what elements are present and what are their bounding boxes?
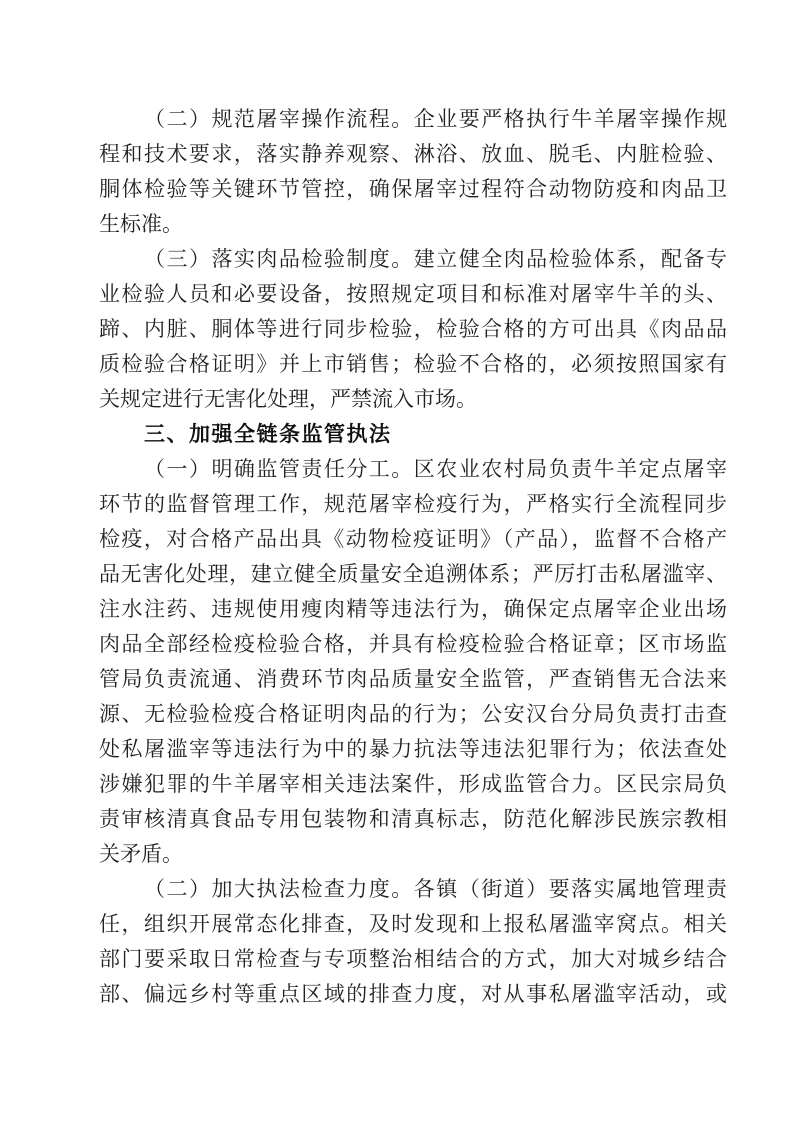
document-page: （二）规范屠宰操作流程。企业要严格执行牛羊屠宰操作规程和技术要求，落实静养观察、… [0, 0, 793, 1122]
text-line: 管局负责流通、消费环节肉品质量安全监管，严查销售无合法来 [99, 662, 727, 697]
section-heading: 三、加强全链条监管执法 [99, 417, 727, 452]
text-line: 胴体检验等关键环节管控，确保屠宰过程符合动物防疫和肉品卫 [99, 172, 727, 207]
text-line: 环节的监督管理工作，规范屠宰检疫行为，严格实行全流程同步 [99, 487, 727, 522]
text-line: 程和技术要求，落实静养观察、淋浴、放血、脱毛、内脏检验、 [99, 137, 727, 172]
text-line: 涉嫌犯罪的牛羊屠宰相关违法案件，形成监管合力。区民宗局负 [99, 767, 727, 802]
document-body: （二）规范屠宰操作流程。企业要严格执行牛羊屠宰操作规程和技术要求，落实静养观察、… [99, 102, 727, 1012]
text-line: 检疫，对合格产品出具《动物检疫证明》（产品），监督不合格产 [99, 522, 727, 557]
text-line: 关规定进行无害化处理，严禁流入市场。 [99, 382, 727, 417]
text-line: （二）加大执法检查力度。各镇（街道）要落实属地管理责 [99, 872, 727, 907]
text-line: 责审核清真食品专用包装物和清真标志，防范化解涉民族宗教相 [99, 802, 727, 837]
text-line: （一）明确监管责任分工。区农业农村局负责牛羊定点屠宰 [99, 452, 727, 487]
text-line: 关矛盾。 [99, 837, 727, 872]
text-line: 业检验人员和必要设备，按照规定项目和标准对屠宰牛羊的头、 [99, 277, 727, 312]
text-line: 品无害化处理，建立健全质量安全追溯体系；严厉打击私屠滥宰、 [99, 557, 727, 592]
text-line: 肉品全部经检疫检验合格，并具有检疫检验合格证章；区市场监 [99, 627, 727, 662]
text-line: 质检验合格证明》并上市销售；检验不合格的，必须按照国家有 [99, 347, 727, 382]
text-line: （二）规范屠宰操作流程。企业要严格执行牛羊屠宰操作规 [99, 102, 727, 137]
text-line: 源、无检验检疫合格证明肉品的行为；公安汉台分局负责打击查 [99, 697, 727, 732]
text-line: 生标准。 [99, 207, 727, 242]
text-line: 处私屠滥宰等违法行为中的暴力抗法等违法犯罪行为；依法查处 [99, 732, 727, 767]
text-line: 蹄、内脏、胴体等进行同步检验，检验合格的方可出具《肉品品 [99, 312, 727, 347]
text-line: （三）落实肉品检验制度。建立健全肉品检验体系，配备专 [99, 242, 727, 277]
text-line: 注水注药、违规使用瘦肉精等违法行为，确保定点屠宰企业出场 [99, 592, 727, 627]
text-line: 任，组织开展常态化排查，及时发现和上报私屠滥宰窝点。相关 [99, 907, 727, 942]
text-line: 部门要采取日常检查与专项整治相结合的方式，加大对城乡结合 [99, 942, 727, 977]
text-line: 部、偏远乡村等重点区域的排查力度，对从事私屠滥宰活动，或 [99, 977, 727, 1012]
